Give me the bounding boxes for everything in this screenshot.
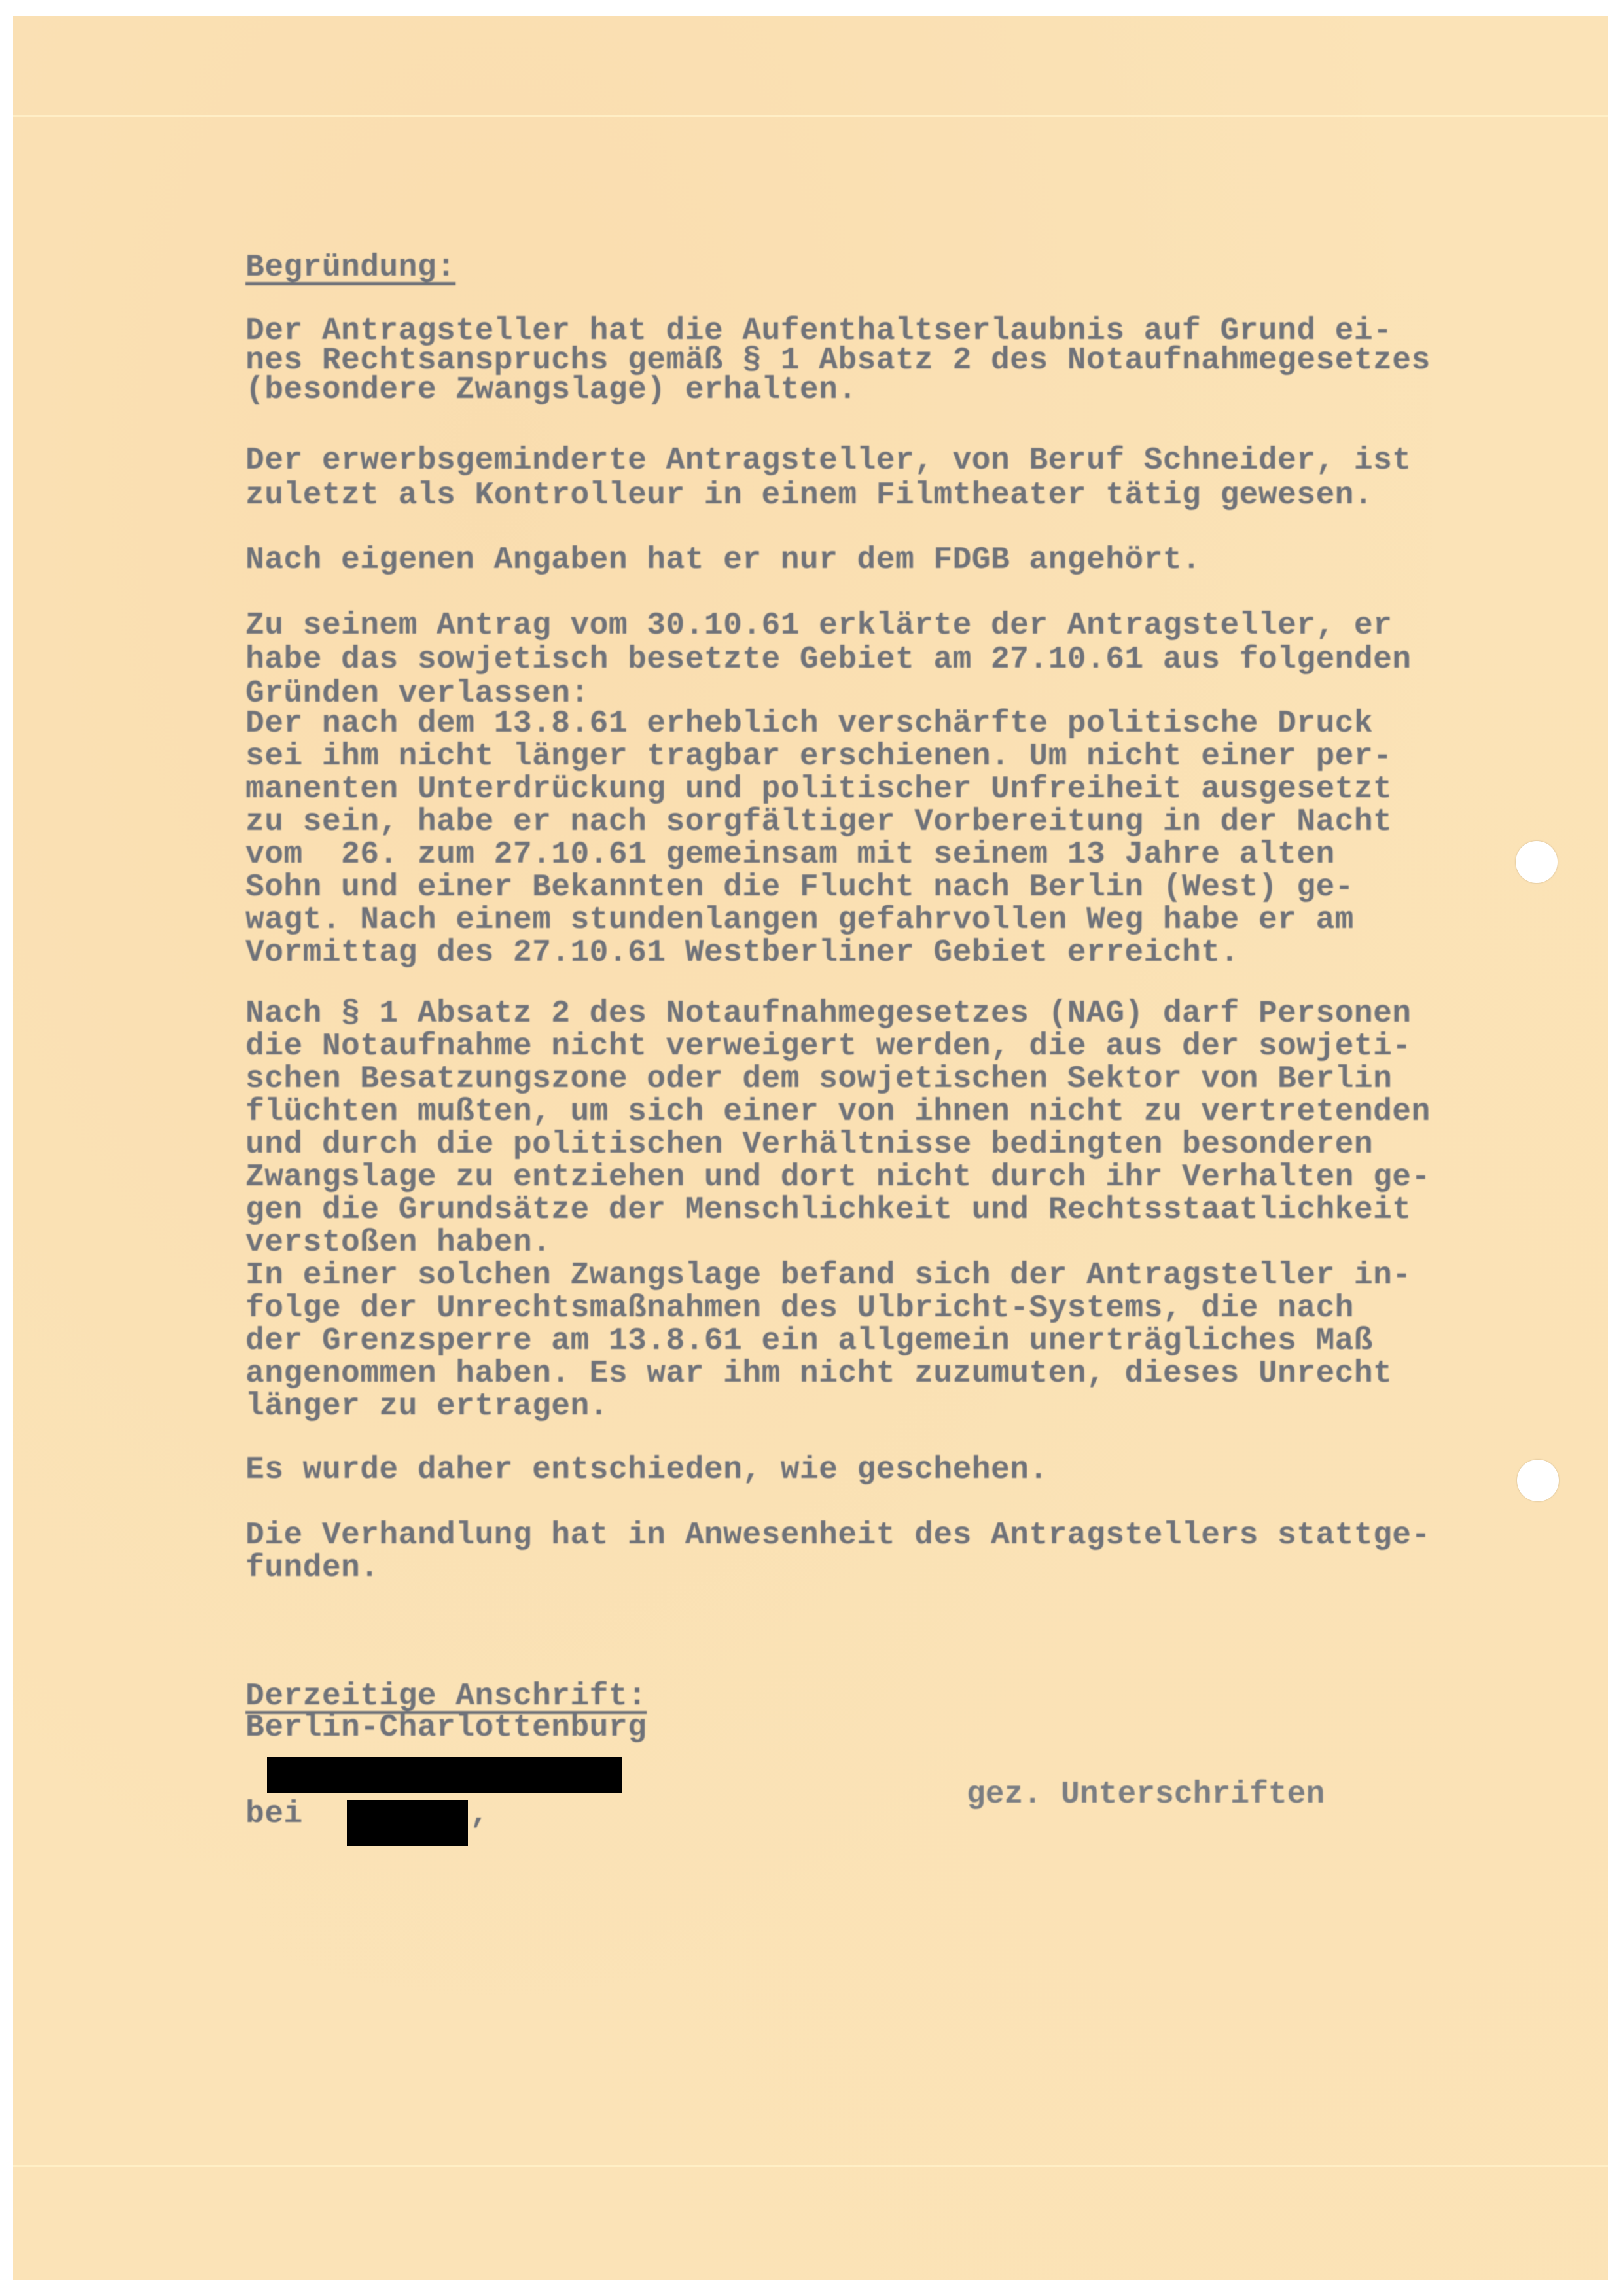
address-heading: Derzeitige Anschrift: bbox=[245, 1681, 647, 1712]
text-line: vom 26. zum 27.10.61 gemeinsam mit seine… bbox=[245, 839, 1335, 870]
text-line: Gründen verlassen: bbox=[245, 678, 590, 709]
text-line: Vormittag des 27.10.61 Westberliner Gebi… bbox=[245, 937, 1240, 969]
text-line: funden. bbox=[245, 1552, 379, 1584]
text-line: habe das sowjetisch besetzte Gebiet am 2… bbox=[245, 644, 1412, 675]
text-line: und durch die politischen Verhältnisse b… bbox=[245, 1129, 1373, 1160]
text-line: zu sein, habe er nach sorgfältiger Vorbe… bbox=[245, 806, 1392, 838]
text-line: verstoßen haben. bbox=[245, 1227, 551, 1259]
text-line: die Notaufnahme nicht verweigert werden,… bbox=[245, 1031, 1412, 1062]
text-line: schen Besatzungszone oder dem sowjetisch… bbox=[245, 1064, 1392, 1095]
text-line: angenommen haben. Es war ihm nicht zuzum… bbox=[245, 1358, 1392, 1390]
punch-hole bbox=[1516, 841, 1558, 883]
text-line: manenten Unterdrückung und politischer U… bbox=[245, 774, 1392, 805]
paper-fold-line bbox=[13, 115, 1608, 117]
text-line: Es wurde daher entschieden, wie geschehe… bbox=[245, 1454, 1048, 1486]
text-line: Nach § 1 Absatz 2 des Notaufnahmegesetze… bbox=[245, 998, 1412, 1030]
text-line: Der nach dem 13.8.61 erheblich verschärf… bbox=[245, 708, 1373, 740]
text-line: gen die Grundsätze der Menschlichkeit un… bbox=[245, 1194, 1412, 1226]
text-line: Zu seinem Antrag vom 30.10.61 erklärte d… bbox=[245, 610, 1392, 641]
text-line: länger zu ertragen. bbox=[245, 1391, 609, 1422]
text-line: flüchten mußten, um sich einer von ihnen… bbox=[245, 1096, 1431, 1128]
text-line: zuletzt als Kontrolleur in einem Filmthe… bbox=[245, 480, 1373, 511]
text-line: Zwangslage zu entziehen und dort nicht d… bbox=[245, 1162, 1431, 1193]
paper-fold-line bbox=[13, 2165, 1608, 2167]
punch-hole bbox=[1517, 1460, 1559, 1501]
text-line: Die Verhandlung hat in Anwesenheit des A… bbox=[245, 1520, 1431, 1551]
address-city: Berlin-Charlottenburg bbox=[245, 1712, 647, 1744]
text-line: Der erwerbsgeminderte Antragsteller, von… bbox=[245, 445, 1412, 476]
text-line: (besondere Zwangslage) erhalten. bbox=[245, 374, 857, 406]
text-line: nes Rechtsanspruchs gemäß § 1 Absatz 2 d… bbox=[245, 345, 1431, 376]
signature-line: gez. Unterschriften bbox=[967, 1779, 1325, 1810]
text-line: der Grenzsperre am 13.8.61 ein allgemein… bbox=[245, 1325, 1373, 1357]
care-of-prefix: bei bbox=[245, 1799, 303, 1830]
redaction-bar-name bbox=[347, 1800, 468, 1846]
section-heading: Begründung: bbox=[245, 252, 455, 283]
text-line: In einer solchen Zwangslage befand sich … bbox=[245, 1260, 1412, 1291]
text-line: Nach eigenen Angaben hat er nur dem FDGB… bbox=[245, 545, 1201, 576]
text-line: Sohn und einer Bekannten die Flucht nach… bbox=[245, 872, 1354, 903]
text-line: Der Antragsteller hat die Aufenthaltserl… bbox=[245, 315, 1392, 347]
text-line: folge der Unrechtsmaßnahmen des Ulbricht… bbox=[245, 1293, 1354, 1324]
care-of-suffix: , bbox=[470, 1799, 489, 1830]
text-line: sei ihm nicht länger tragbar erschienen.… bbox=[245, 741, 1392, 772]
text-line: wagt. Nach einem stundenlangen gefahrvol… bbox=[245, 905, 1354, 936]
redaction-bar-street bbox=[267, 1757, 622, 1793]
